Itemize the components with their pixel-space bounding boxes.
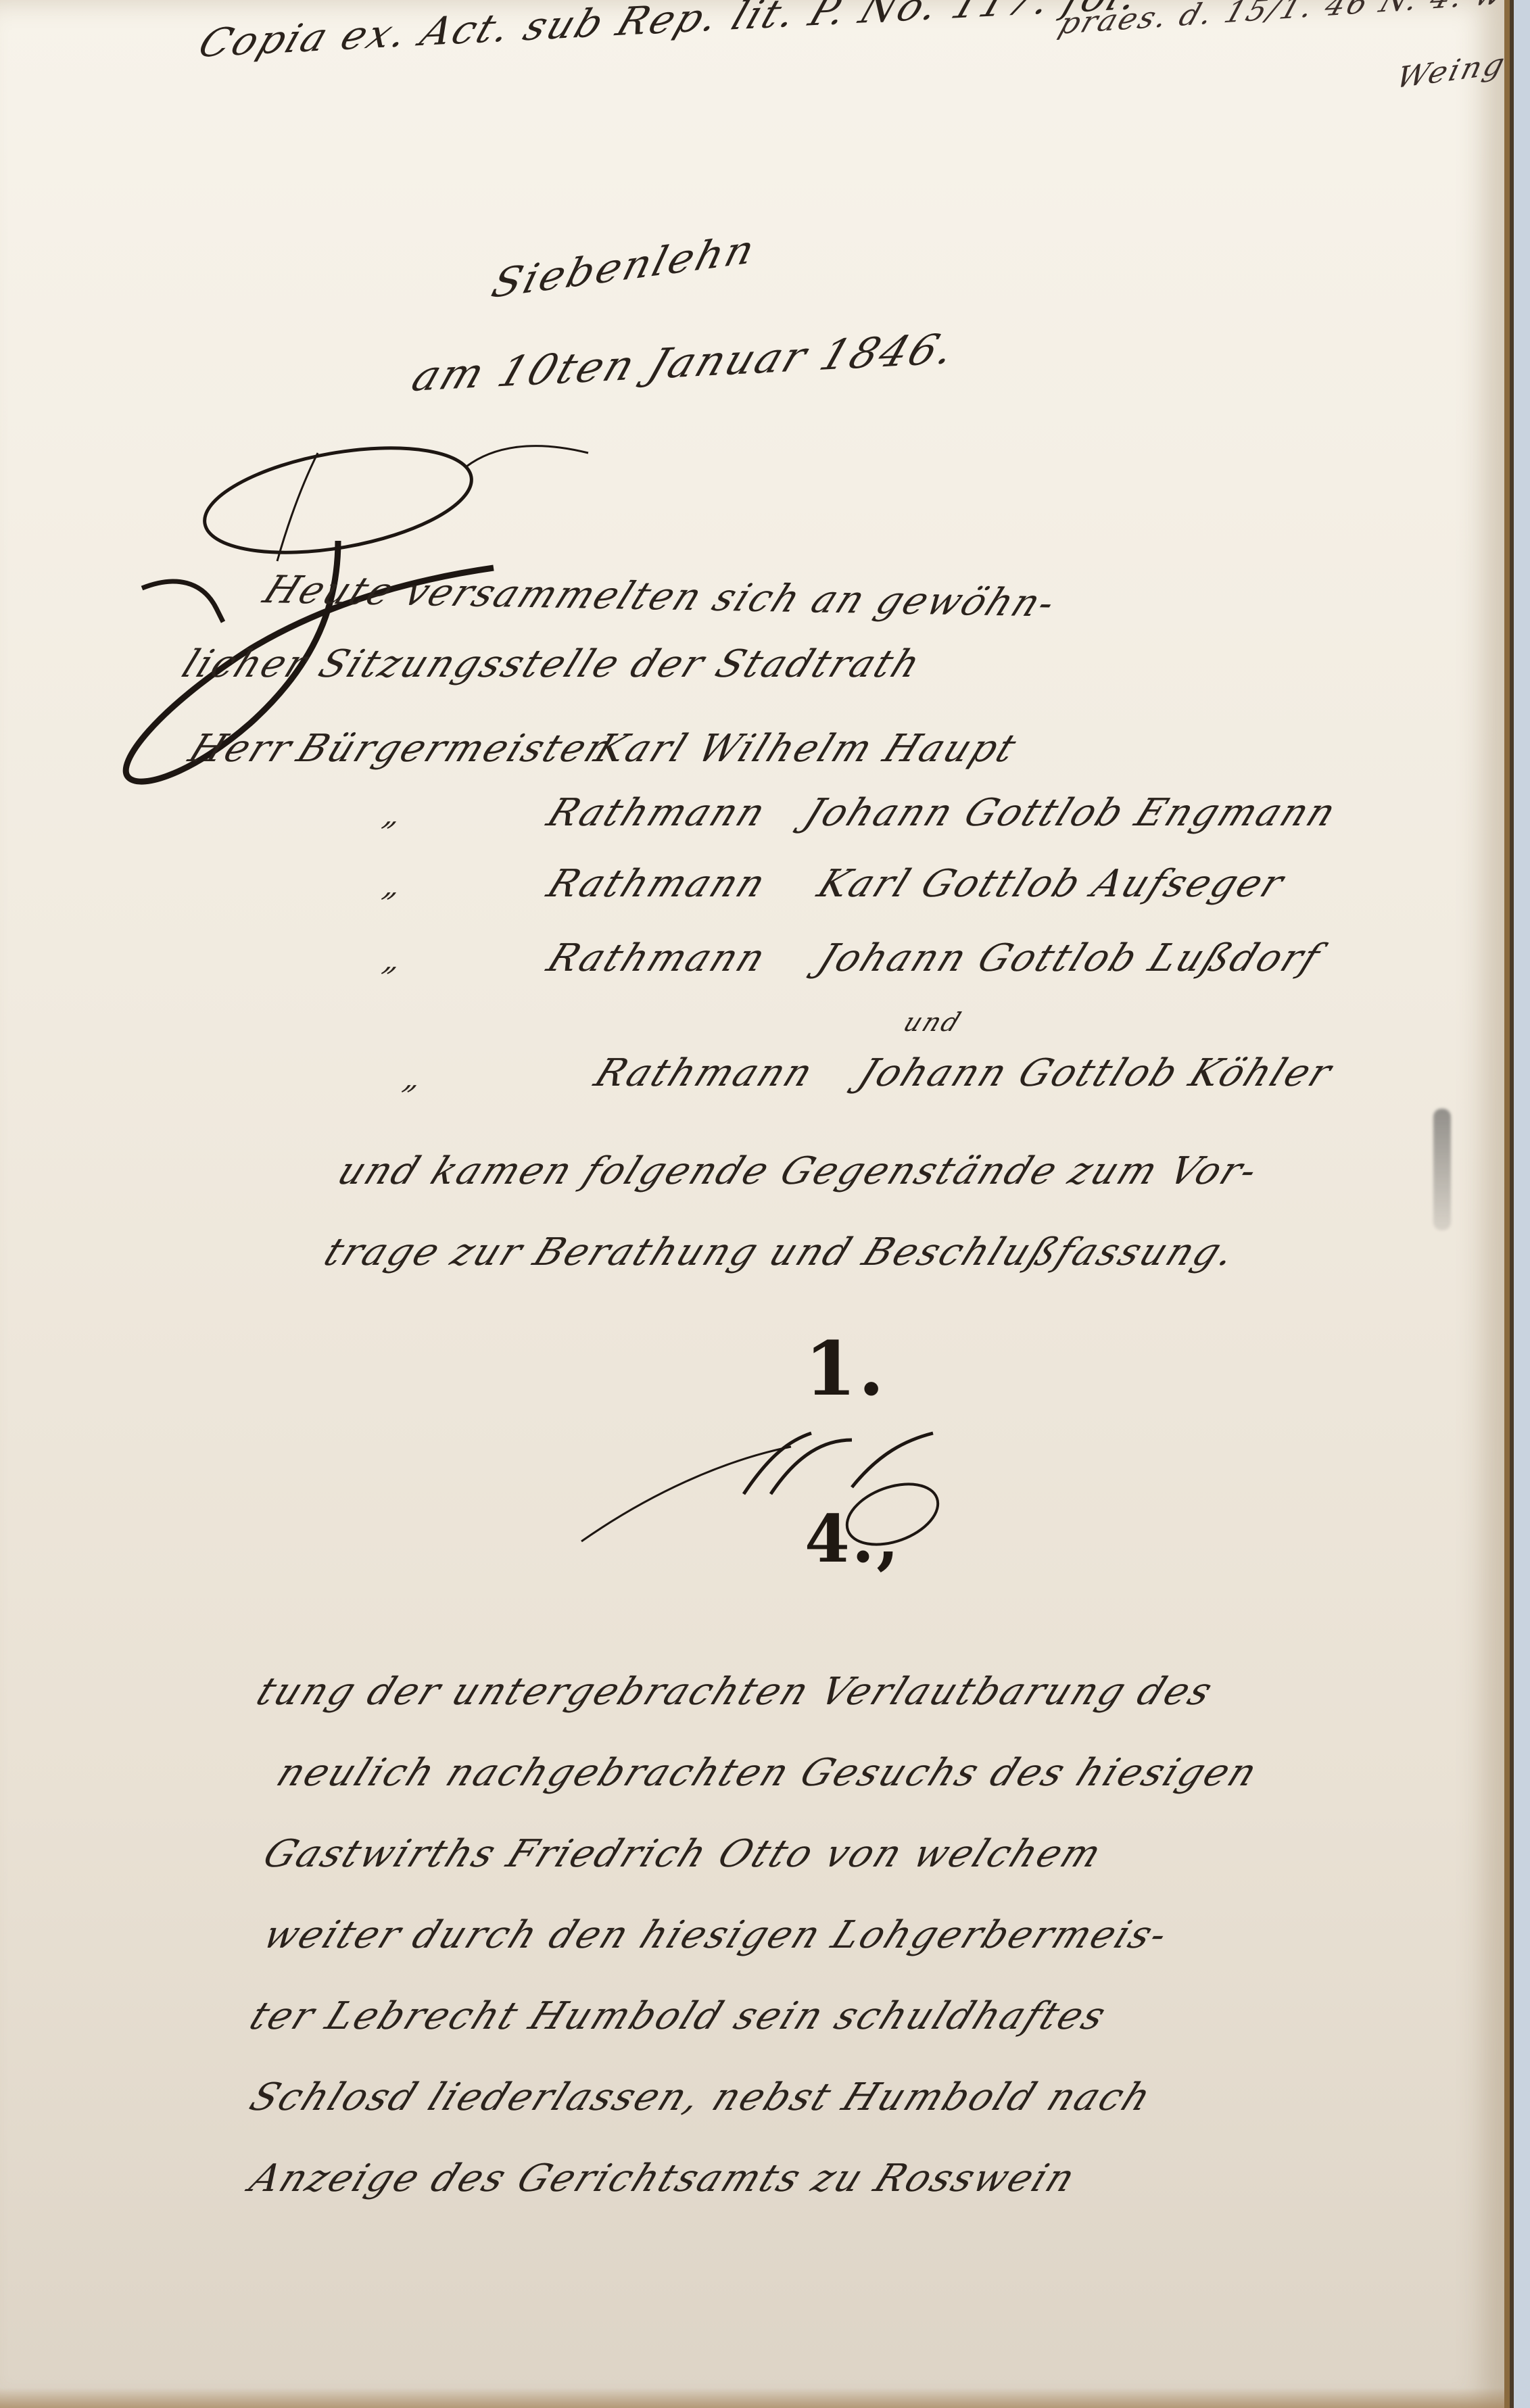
opening-line-2: licher Sitzungsstelle der Stadtrath: [176, 642, 928, 686]
date-line: am 10ten Januar 1846.: [406, 324, 963, 401]
body-line-4: weiter durch den hiesigen Lohgerbermeis-: [257, 1913, 1176, 1957]
receipt-signature: Weing: [1393, 47, 1510, 95]
receipt-note: praes. d. 15/1. 46 N. 4. w: [1055, 0, 1510, 41]
attendee-name: Johann Gottlob Engmann: [798, 791, 1344, 835]
section-number: 1.: [805, 1325, 886, 1412]
section-subnumber: 4.,: [805, 1501, 901, 1577]
body-line-5: ter Lebrecht Humbold sein schuldhaftes: [243, 1994, 1114, 2038]
agenda-intro-line-1: und kamen folgende Gegenstände zum Vor-: [331, 1149, 1266, 1193]
body-line-7: Anzeige des Gerichtsamts zu Rosswein: [243, 2157, 1083, 2200]
attendee-title: Rathmann: [541, 791, 773, 835]
document-page: Copia ex. Act. sub Rep. lit. P. No. 117.…: [0, 0, 1514, 2408]
attendee-title: Rathmann: [541, 936, 773, 980]
body-line-6: Schlosd liederlassen, nebst Humbold nach: [243, 2075, 1159, 2119]
header-reference: Copia ex. Act. sub Rep. lit. P. No. 117.…: [193, 0, 1147, 66]
attendee-title: Rathmann: [588, 1051, 821, 1095]
page-edge-stain: [0, 2388, 1504, 2408]
attendee-prefix: „: [399, 1061, 430, 1096]
ink-smudge: [1433, 1109, 1451, 1230]
attendee-prefix: Herr: [183, 727, 300, 771]
attendee-name: Karl Wilhelm Haupt: [588, 727, 1024, 771]
body-line-3: Gastwirths Friedrich Otto von welchem: [257, 1832, 1109, 1876]
body-line-2: neulich nachgebrachten Gesuchs des hiesi…: [270, 1751, 1265, 1795]
attendee-title: Rathmann: [541, 862, 773, 906]
attendee-name: Karl Gottlob Aufseger: [811, 862, 1292, 906]
attendee-prefix: „: [379, 869, 410, 903]
attendee-name: Johann Gottlob Köhler: [852, 1051, 1339, 1095]
body-line-1: tung der untergebrachten Verlautbarung d…: [250, 1670, 1220, 1714]
attendee-name: Johann Gottlob Lußdorf: [811, 936, 1328, 980]
place-name: Siebenlehn: [487, 226, 761, 308]
attendee-prefix: „: [379, 943, 410, 978]
attendee-title: Bürgermeister: [291, 727, 615, 771]
agenda-intro-line-2: trage zur Berathung und Beschlußfassung.: [318, 1230, 1244, 1274]
connector-und: und: [899, 1007, 967, 1037]
crossed-out-flourish-icon: [568, 1413, 987, 1548]
